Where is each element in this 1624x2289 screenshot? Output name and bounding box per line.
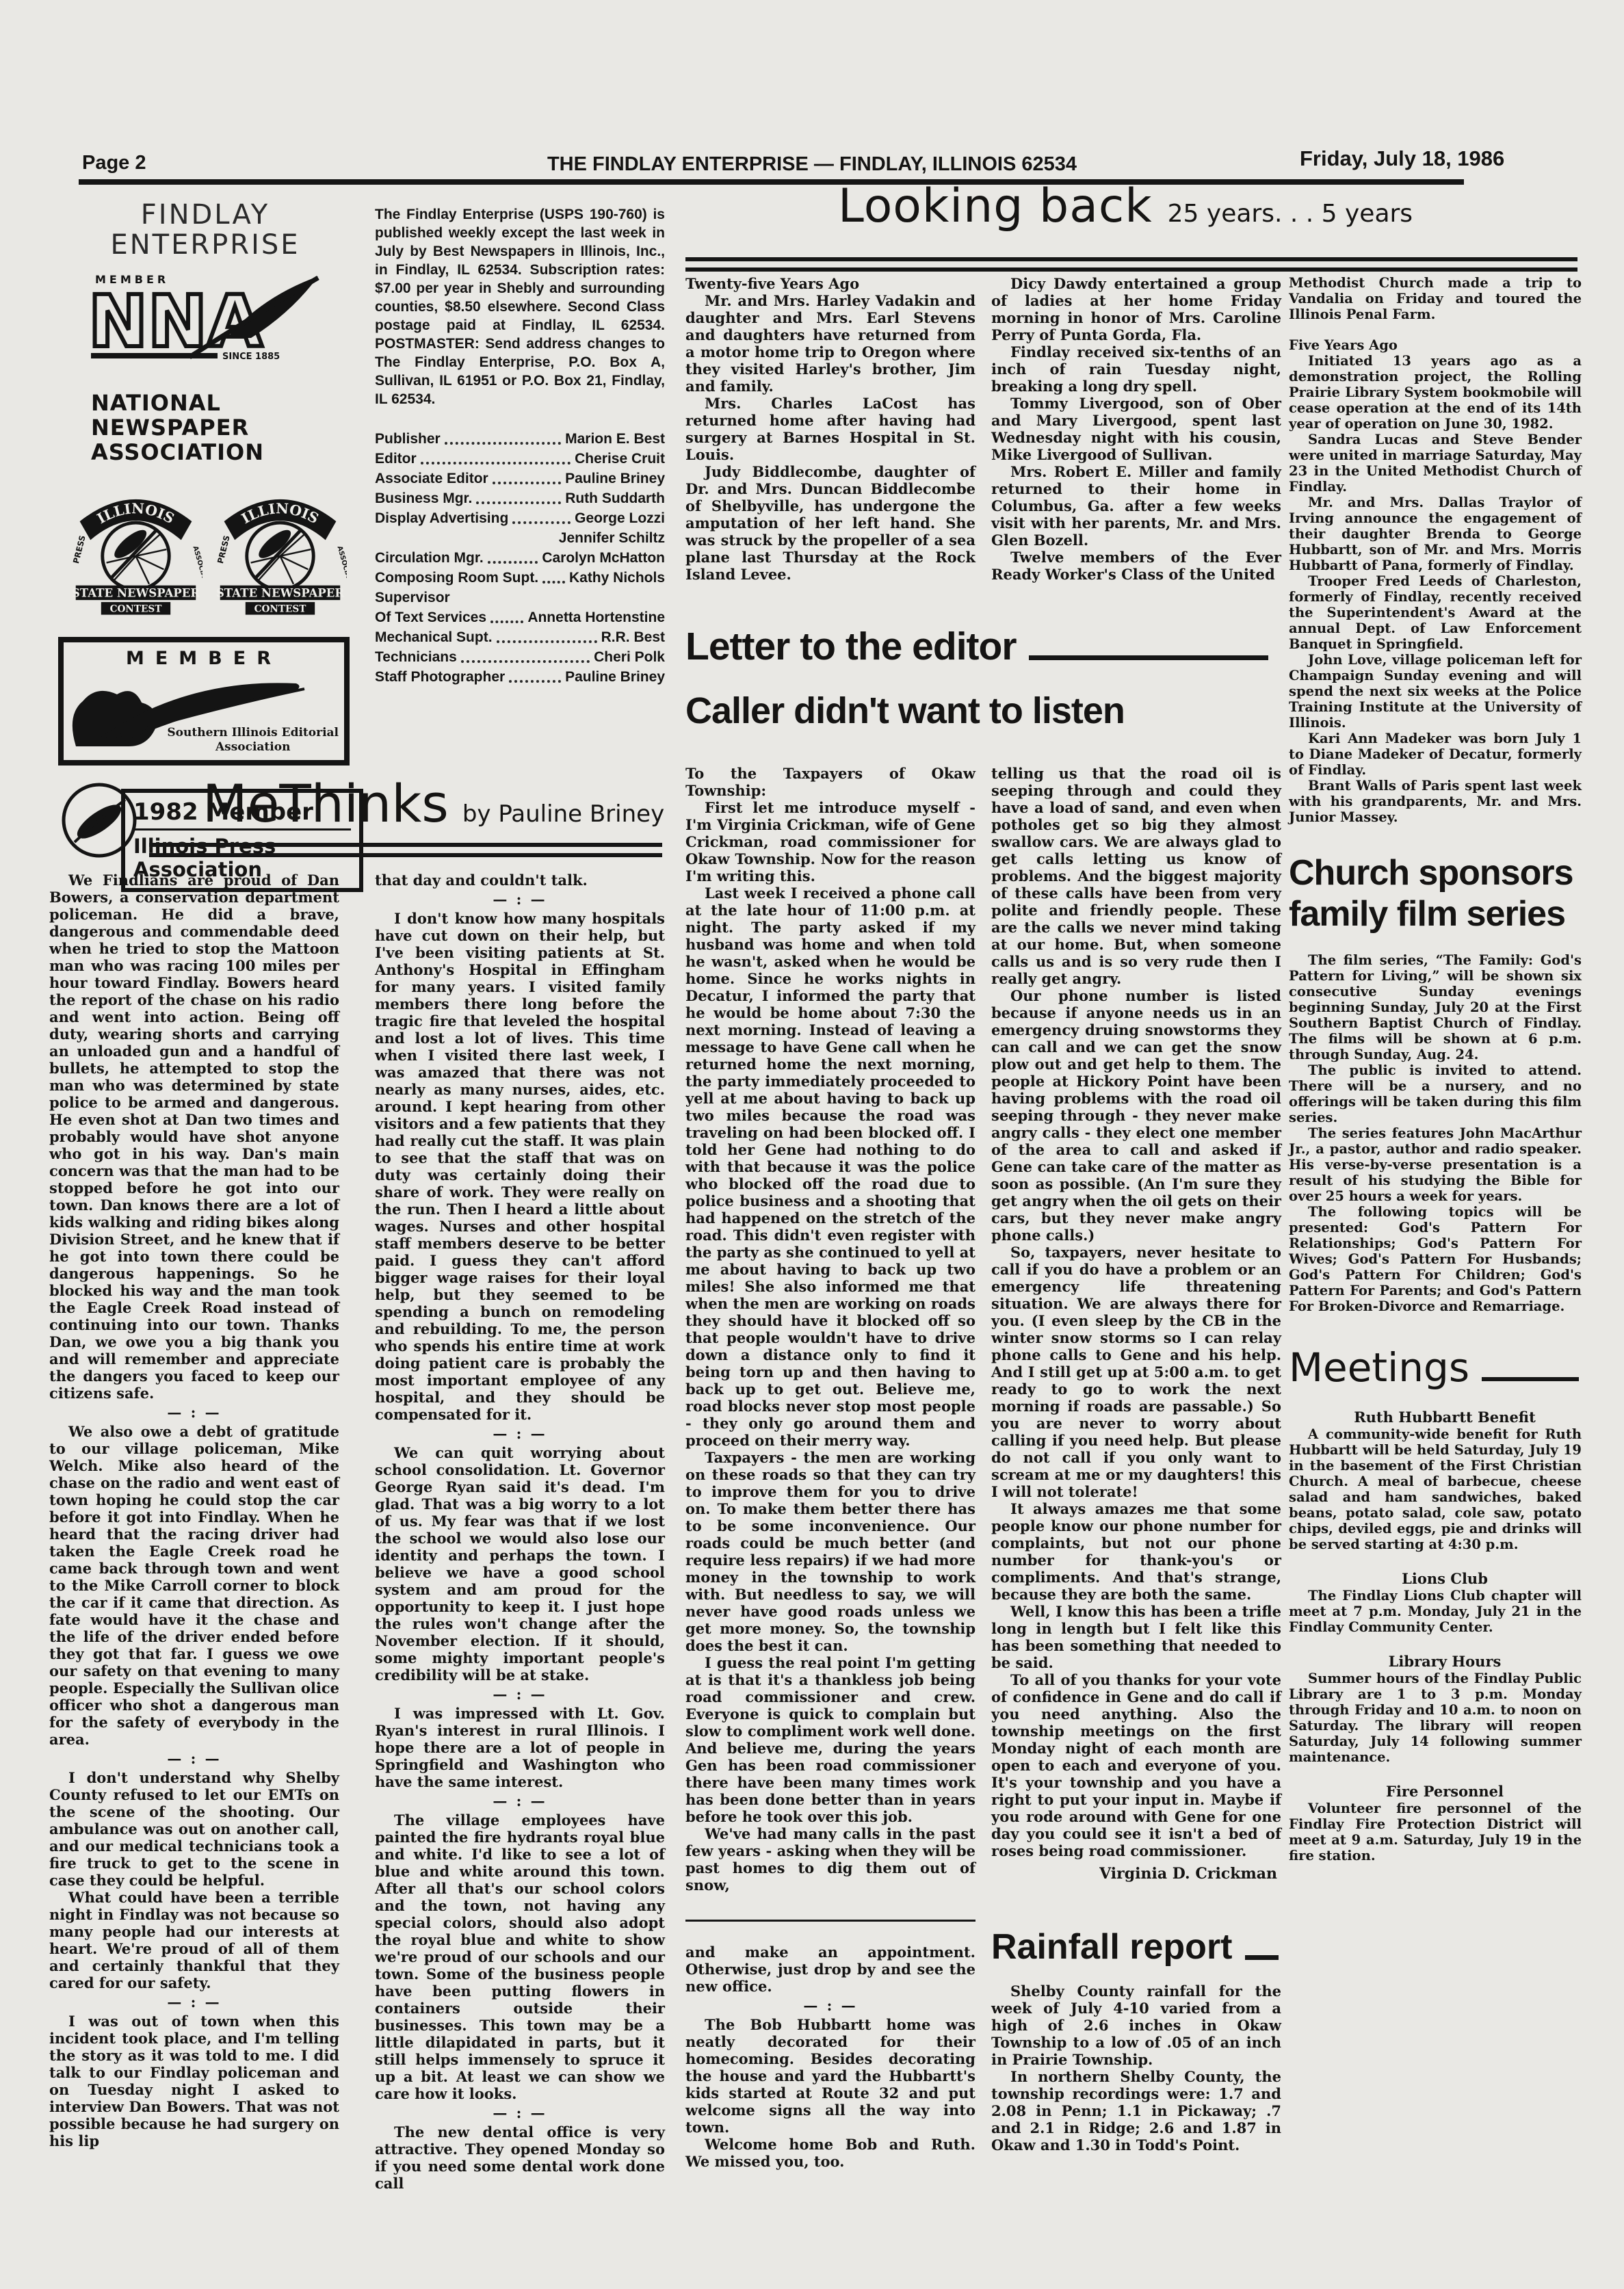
staff-name: Pauline Briney <box>565 469 665 488</box>
meetings-title-rule <box>1482 1377 1579 1381</box>
looking-back-col1: Twenty-five Years AgoMr. and Mrs. Harley… <box>685 275 975 583</box>
staff-role: Supervisor <box>375 588 450 607</box>
paragraph: Brant Walls of Paris spent last week wit… <box>1289 778 1582 825</box>
methinks-byline: by Pauline Briney <box>462 800 664 828</box>
staff-row: Editor Cherise Cruit <box>375 449 665 469</box>
paragraph: Taxpayers - the men are working on these… <box>685 1449 975 1654</box>
paragraph: Mr. and Mrs. Harley Vadakin and daughter… <box>685 292 975 395</box>
dot-leader <box>512 521 571 524</box>
staff-name: Carolyn McHatton <box>542 548 665 568</box>
paragraph: First let me introduce myself - I'm Virg… <box>685 799 975 885</box>
staff-row: Publisher Marion E. Best <box>375 429 665 449</box>
looking-back-title: Looking back <box>838 179 1153 233</box>
meeting-item-text: A community-wide benefit for Ruth Hubbar… <box>1289 1426 1582 1552</box>
dot-leader <box>476 501 561 504</box>
staff-row: Composing Room Supt. Kathy Nichols <box>375 568 665 588</box>
seal-band-text: STATE NEWSPAPER <box>216 586 345 599</box>
rainfall-body: Shelby County rainfall for the week of J… <box>991 1983 1281 2154</box>
right-column-flow: Methodist Church made a trip to Vandalia… <box>1289 275 1582 1863</box>
staff-role: Composing Room Supt. <box>375 568 538 588</box>
letter-col2-flow: telling us that the road oil is seeping … <box>991 765 1281 2154</box>
siea-org-line1: Southern Illinois Editorial <box>167 726 339 740</box>
seal-left-text: PRESS <box>71 534 88 564</box>
paragraph: Well, I know this has been a trifle long… <box>991 1603 1281 1671</box>
paragraph: John Love, village policeman left for Ch… <box>1289 652 1582 731</box>
rainfall-title: Rainfall report <box>991 1926 1233 1967</box>
nna-underline <box>91 353 218 358</box>
paragraph: Sandra Lucas and Steve Bender were unite… <box>1289 432 1582 495</box>
meeting-item-text: The Findlay Lions Club chapter will meet… <box>1289 1588 1582 1635</box>
staff-row: Supervisor <box>375 588 665 607</box>
staff-role: Mechanical Supt. <box>375 627 493 647</box>
nna-name-line2: ASSOCIATION <box>91 440 352 465</box>
letter-col2: telling us that the road oil is seeping … <box>991 765 1281 1859</box>
paragraph: Kari Ann Madeker was born July 1 to Dian… <box>1289 731 1582 778</box>
nna-logo: MEMBER NNA SINCE 1885 <box>87 270 319 389</box>
publication-statement: The Findlay Enterprise (USPS 190-760) is… <box>375 205 665 408</box>
paragraph: The new dental office is very attractive… <box>375 2123 665 2192</box>
seal-bottom-text: CONTEST <box>110 604 163 615</box>
paragraph: To the Taxpayers of Okaw Township: <box>685 765 975 799</box>
staff-role: Staff Photographer <box>375 667 505 687</box>
paragraph: The Bob Hubbartt home was neatly decorat… <box>685 2016 975 2136</box>
letter-headline: Caller didn't want to listen <box>685 690 1125 732</box>
staff-name: Marion E. Best <box>565 429 665 449</box>
dot-leader <box>509 680 561 683</box>
staff-row: Display Advertising George Lozzi <box>375 508 665 528</box>
looking-back-subtitle: 25 years. . . 5 years <box>1168 200 1413 228</box>
paragraph: Methodist Church made a trip to Vandalia… <box>1289 275 1582 322</box>
paragraph: The film series, “The Family: God's Patt… <box>1289 952 1582 1062</box>
staff-row: Circulation Mgr. Carolyn McHatton <box>375 548 665 568</box>
paragraph: We Findlians are proud of Dan Bowers, a … <box>49 872 339 1402</box>
staff-role: Editor <box>375 449 417 469</box>
paragraph: Initiated 13 years ago as a demonstratio… <box>1289 353 1582 432</box>
staff-row: Mechanical Supt. R.R. Best <box>375 627 665 647</box>
staff-name: Ruth Suddarth <box>565 488 665 508</box>
rainfall-section: Rainfall report Shelby County rainfall f… <box>991 1926 1281 2154</box>
staff-row: Associate Editor Pauline Briney <box>375 469 665 488</box>
dot-leader <box>490 620 523 623</box>
paragraph: To all of you thanks for your vote of co… <box>991 1671 1281 1859</box>
dot-leader <box>461 660 590 663</box>
masthead-title: FINDLAY ENTERPRISE <box>58 200 352 260</box>
rainfall-header: Rainfall report <box>991 1926 1281 1967</box>
paragraph: Tommy Livergood, son of Ober and Mary Li… <box>991 395 1281 463</box>
staff-row: Business Mgr. Ruth Suddarth <box>375 488 665 508</box>
meeting-item-heading: Library Hours <box>1289 1653 1582 1671</box>
siea-org-name: Southern Illinois Editorial Association <box>167 726 339 755</box>
paragraph: Mrs. Robert E. Miller and family returne… <box>991 463 1281 549</box>
newspaper-page: Page 2 THE FINDLAY ENTERPRISE — FINDLAY,… <box>0 0 1624 2289</box>
dot-leader <box>421 462 571 465</box>
paragraph: Welcome home Bob and Ruth. We missed you… <box>685 2136 975 2170</box>
paragraph: I was impressed with Lt. Gov. Ryan's int… <box>375 1705 665 1790</box>
rainfall-title-rule <box>1245 1955 1279 1960</box>
press-contest-badges: ILLINOIS PRESS ASSOCIATION STATE NEWSPAP… <box>69 485 352 616</box>
siea-org-line2: Association <box>167 740 339 755</box>
paragraph: Trooper Fred Leeds of Charleston, former… <box>1289 573 1582 652</box>
paragraph: Mrs. Charles LaCost has returned home af… <box>685 395 975 463</box>
meetings-title: Meetings <box>1289 1344 1469 1391</box>
meeting-item-heading: Lions Club <box>1289 1570 1582 1588</box>
staff-name: Pauline Briney <box>565 667 665 687</box>
paragraph-separator: — : — <box>375 1686 665 1703</box>
paragraph: Mr. and Mrs. Dallas Traylor of Irving an… <box>1289 495 1582 573</box>
paragraph: In northern Shelby County, the township … <box>991 2068 1281 2154</box>
publication-info: The Findlay Enterprise (USPS 190-760) is… <box>375 205 665 687</box>
letter-signature: Virginia D. Crickman <box>991 1865 1281 1883</box>
meetings-header: Meetings <box>1289 1344 1582 1391</box>
dot-leader <box>542 581 565 584</box>
meeting-item-heading: Fire Personnel <box>1289 1783 1582 1801</box>
church-article: Church sponsors family film series The f… <box>1289 852 1582 1314</box>
seal-bottom-text: CONTEST <box>254 604 307 615</box>
paragraph: Our phone number is listed because if an… <box>991 987 1281 1244</box>
staff-row: Jennifer Schiltz <box>375 528 665 548</box>
staff-row: Of Text Services Annetta Hortenstine <box>375 607 665 627</box>
paragraph: and make an appointment. Otherwise, just… <box>685 1944 975 1995</box>
letter-col1: To the Taxpayers of Okaw Township:First … <box>685 765 975 1894</box>
methinks-title: MeThinks <box>202 773 449 834</box>
staff-role: Publisher <box>375 429 441 449</box>
paragraph: We've had many calls in the past few yea… <box>685 1825 975 1894</box>
staff-role: Technicians <box>375 647 457 667</box>
paragraph: What could have been a terrible night in… <box>49 1889 339 1991</box>
paragraph: We can quit worrying about school consol… <box>375 1444 665 1684</box>
nna-since: SINCE 1885 <box>222 352 280 362</box>
staff-name: R.R. Best <box>601 627 665 647</box>
column-heading: Twenty-five Years Ago <box>685 275 975 292</box>
seal-band-text: STATE NEWSPAPER <box>72 586 200 599</box>
letter-section-header: Letter to the editor <box>685 624 1271 669</box>
paragraph: Shelby County rainfall for the week of J… <box>991 1983 1281 2068</box>
paragraph: I guess the real point I'm getting at is… <box>685 1654 975 1825</box>
meeting-item: Ruth Hubbartt Benefit A community-wide b… <box>1289 1409 1582 1552</box>
column-divider-rule <box>685 1920 975 1922</box>
paragraph-separator: — : — <box>375 891 665 908</box>
column-heading: Five Years Ago <box>1289 337 1582 353</box>
methinks-col2: that day and couldn't talk.— : —I don't … <box>375 872 665 2192</box>
meeting-item-heading: Ruth Hubbartt Benefit <box>1289 1409 1582 1426</box>
staff-role: Of Text Services <box>375 607 486 627</box>
paragraph: The series features John MacArthur Jr., … <box>1289 1125 1582 1204</box>
illinois-press-seal-icon: ILLINOIS PRESS ASSOCIATION STATE NEWSPAP… <box>213 485 347 616</box>
staff-role: Display Advertising <box>375 508 508 528</box>
paragraph-separator: — : — <box>375 1425 665 1442</box>
meeting-item: Fire Personnel Volunteer fire personnel … <box>1289 1783 1582 1863</box>
paragraph: that day and couldn't talk. <box>375 872 665 889</box>
paragraph: Twelve members of the Ever Ready Worker'… <box>991 549 1281 583</box>
paragraph-separator: — : — <box>375 1792 665 1809</box>
paragraph: I was out of town when this incident too… <box>49 2013 339 2149</box>
paragraph: Dicy Dawdy entertained a group of ladies… <box>991 275 1281 343</box>
letter-col1-flow: To the Taxpayers of Okaw Township:First … <box>685 765 975 2170</box>
methinks-rule <box>149 843 662 857</box>
church-headline: Church sponsors family film series <box>1289 852 1582 934</box>
paragraph: The following topics will be presented: … <box>1289 1204 1582 1314</box>
dot-leader <box>445 442 561 445</box>
looking-back-rule <box>685 257 1577 272</box>
paragraph-separator: — : — <box>685 1997 975 2014</box>
church-body: The film series, “The Family: God's Patt… <box>1289 952 1582 1314</box>
dot-leader <box>497 640 597 643</box>
staff-role: Business Mgr. <box>375 488 472 508</box>
meeting-item: Library Hours Summer hours of the Findla… <box>1289 1653 1582 1765</box>
seal-left-text: PRESS <box>215 534 232 564</box>
meeting-item-text: Volunteer fire personnel of the Findlay … <box>1289 1801 1582 1863</box>
staff-role: Circulation Mgr. <box>375 548 484 568</box>
paragraph-separator: — : — <box>49 1750 339 1767</box>
looking-back-col3: Methodist Church made a trip to Vandalia… <box>1289 275 1582 825</box>
staff-row: Staff Photographer Pauline Briney <box>375 667 665 687</box>
meeting-item-text: Summer hours of the Findlay Public Libra… <box>1289 1671 1582 1765</box>
staff-name: Annetta Hortenstine <box>527 607 665 627</box>
looking-back-header: Looking back 25 years. . . 5 years <box>838 179 1413 233</box>
staff-name: Cheri Polk <box>594 647 665 667</box>
paragraph: Findlay received six-tenths of an inch o… <box>991 343 1281 395</box>
paragraph: I don't understand why Shelby County ref… <box>49 1769 339 1889</box>
church-headline-line2: family film series <box>1289 893 1582 934</box>
siea-member-box: MEMBER Southern Illinois Editorial Assoc… <box>58 637 350 766</box>
methinks-col3: and make an appointment. Otherwise, just… <box>685 1944 975 2170</box>
letter-title-rule <box>1029 655 1268 660</box>
staff-name: Jennifer Schiltz <box>559 528 665 548</box>
meeting-item: Lions Club The Findlay Lions Club chapte… <box>1289 1570 1582 1635</box>
methinks-col1: We Findlians are proud of Dan Bowers, a … <box>49 872 339 2149</box>
dot-leader <box>493 482 561 484</box>
paragraph: We also owe a debt of gratitude to our v… <box>49 1423 339 1748</box>
staff-list: Publisher Marion E. Best Editor Cherise … <box>375 429 665 687</box>
paragraph: The village employees have painted the f… <box>375 1811 665 2102</box>
staff-name: Cherise Cruit <box>575 449 665 469</box>
paragraph: So, taxpayers, never hesitate to call if… <box>991 1244 1281 1500</box>
paragraph: The public is invited to attend. There w… <box>1289 1062 1582 1125</box>
paragraph: Judy Biddlecombe, daughter of Dr. and Mr… <box>685 463 975 583</box>
paragraph-separator: — : — <box>49 1993 339 2011</box>
meetings-list: Ruth Hubbartt Benefit A community-wide b… <box>1289 1409 1582 1863</box>
nna-name-line1: NATIONAL NEWSPAPER <box>91 391 352 440</box>
staff-row: Technicians Cheri Polk <box>375 647 665 667</box>
paragraph: It always amazes me that some people kno… <box>991 1500 1281 1603</box>
church-headline-line1: Church sponsors <box>1289 852 1582 893</box>
paragraph-separator: — : — <box>375 2104 665 2121</box>
issue-date: Friday, July 18, 1986 <box>1300 148 1504 170</box>
methinks-header: MeThinks by Pauline Briney <box>202 773 664 834</box>
staff-name: Kathy Nichols <box>569 568 665 588</box>
staff-role: Associate Editor <box>375 469 488 488</box>
staff-name: George Lozzi <box>575 508 665 528</box>
nna-letters: NNA <box>88 280 263 363</box>
looking-back-col2: Dicy Dawdy entertained a group of ladies… <box>991 275 1281 583</box>
paragraph-separator: — : — <box>49 1404 339 1421</box>
paragraph: Last week I received a phone call at the… <box>685 885 975 1449</box>
letter-section-title: Letter to the editor <box>685 624 1017 669</box>
dot-leader <box>488 561 538 564</box>
meetings-section: Meetings Ruth Hubbartt Benefit A communi… <box>1289 1344 1582 1863</box>
paragraph: telling us that the road oil is seeping … <box>991 765 1281 987</box>
nna-association-name: NATIONAL NEWSPAPER ASSOCIATION <box>91 391 352 465</box>
paragraph: I don't know how many hospitals have cut… <box>375 910 665 1423</box>
illinois-press-seal-icon: ILLINOIS PRESS ASSOCIATION STATE NEWSPAP… <box>69 485 202 616</box>
